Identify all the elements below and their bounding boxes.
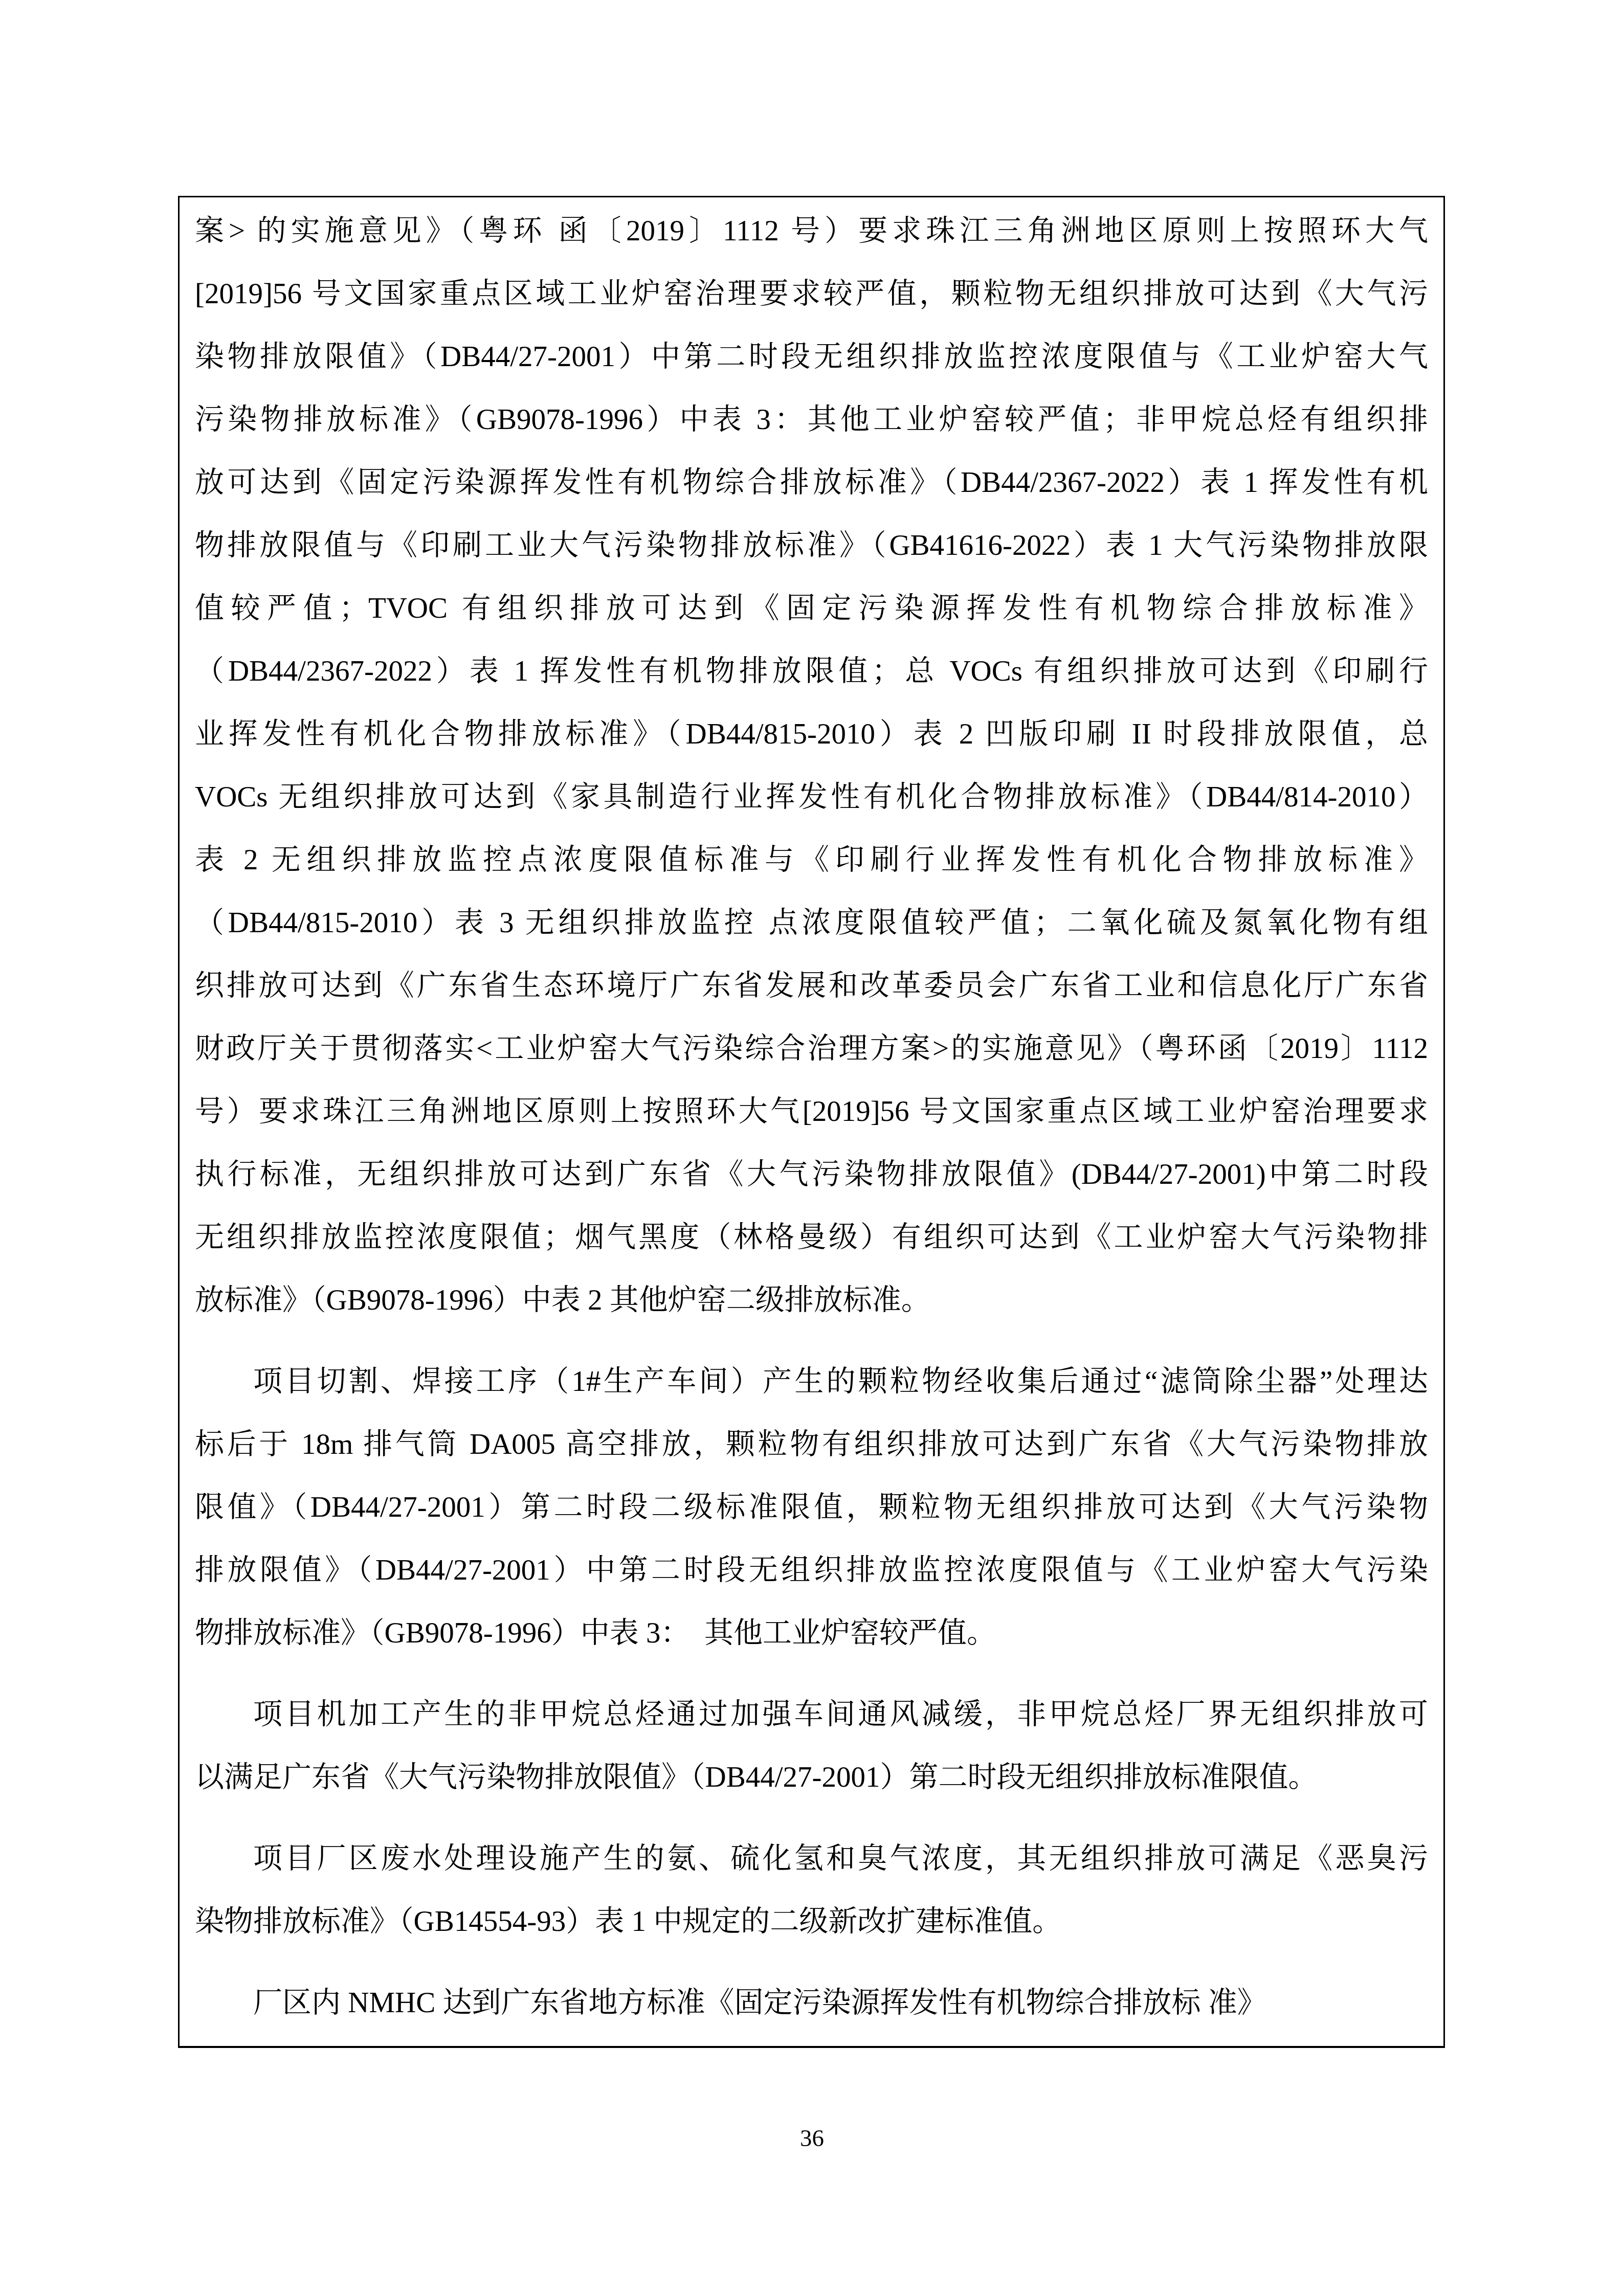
text-line: 污染物排放标准》（GB9078-1996）中表 3：其他工业炉窑较严值；非甲烷总… bbox=[195, 388, 1428, 451]
text-line: [2019]56 号文国家重点区域工业炉窑治理要求较严值，颗粒物无组织排放可达到… bbox=[195, 262, 1428, 325]
text-line: 值较严值；TVOC 有组织排放可达到《固定污染源挥发性有机物综合排放标准》 bbox=[195, 577, 1428, 640]
body-text: 案> 的实施意见》（粤环 函〔2019〕1112 号）要求珠江三角洲地区原则上按… bbox=[195, 199, 1428, 2034]
text-line: 染物排放限值》（DB44/27-2001）中第二时段无组织排放监控浓度限值与《工… bbox=[195, 325, 1428, 388]
text-line: 项目切割、焊接工序（1#生产车间）产生的颗粒物经收集后通过“滤筒除尘器”处理达 bbox=[195, 1350, 1428, 1413]
paragraph: 项目厂区废水处理设施产生的氨、硫化氢和臭气浓度，其无组织排放可满足《恶臭污染物排… bbox=[195, 1827, 1428, 1953]
text-line: 限值》（DB44/27-2001）第二时段二级标准限值，颗粒物无组织排放可达到《… bbox=[195, 1476, 1428, 1539]
paragraph: 项目切割、焊接工序（1#生产车间）产生的颗粒物经收集后通过“滤筒除尘器”处理达标… bbox=[195, 1350, 1428, 1664]
paragraph: 案> 的实施意见》（粤环 函〔2019〕1112 号）要求珠江三角洲地区原则上按… bbox=[195, 199, 1428, 1332]
text-line: 号）要求珠江三角洲地区原则上按照环大气[2019]56 号文国家重点区域工业炉窑… bbox=[195, 1080, 1428, 1143]
text-line: 财政厅关于贯彻落实<工业炉窑大气污染综合治理方案>的实施意见》（粤环函〔2019… bbox=[195, 1017, 1428, 1080]
text-line: 排放限值》（DB44/27-2001）中第二时段无组织排放监控浓度限值与《工业炉… bbox=[195, 1539, 1428, 1602]
text-line: （DB44/2367-2022）表 1 挥发性有机物排放限值；总 VOCs 有组… bbox=[195, 640, 1428, 703]
paragraph: 项目机加工产生的非甲烷总烃通过加强车间通风减缓，非甲烷总烃厂界无组织排放可以满足… bbox=[195, 1683, 1428, 1809]
text-line: 无组织排放监控浓度限值；烟气黑度（林格曼级）有组织可达到《工业炉窑大气污染物排 bbox=[195, 1206, 1428, 1269]
text-line: 物排放标准》（GB9078-1996）中表 3： 其他工业炉窑较严值。 bbox=[195, 1602, 1428, 1664]
text-line: 业挥发性有机化合物排放标准》（DB44/815-2010）表 2 凹版印刷 II… bbox=[195, 703, 1428, 766]
text-line: 放标准》（GB9078-1996）中表 2 其他炉窑二级排放标准。 bbox=[195, 1269, 1428, 1332]
text-line: 染物排放标准》（GB14554-93）表 1 中规定的二级新改扩建标准值。 bbox=[195, 1890, 1428, 1953]
text-line: VOCs 无组织排放可达到《家具制造行业挥发性有机化合物排放标准》（DB44/8… bbox=[195, 766, 1428, 828]
text-line: 织排放可达到《广东省生态环境厅广东省发展和改革委员会广东省工业和信息化厅广东省 bbox=[195, 954, 1428, 1017]
page-number: 36 bbox=[0, 2123, 1624, 2154]
text-line: 项目机加工产生的非甲烷总烃通过加强车间通风减缓，非甲烷总烃厂界无组织排放可 bbox=[195, 1683, 1428, 1746]
document-page: 案> 的实施意见》（粤环 函〔2019〕1112 号）要求珠江三角洲地区原则上按… bbox=[0, 0, 1624, 2296]
text-line: （DB44/815-2010）表 3 无组织排放监控 点浓度限值较严值；二氧化硫… bbox=[195, 891, 1428, 954]
text-line: 执行标准，无组织排放可达到广东省《大气污染物排放限值》(DB44/27-2001… bbox=[195, 1143, 1428, 1206]
text-line: 以满足广东省《大气污染物排放限值》（DB44/27-2001）第二时段无组织排放… bbox=[195, 1746, 1428, 1809]
text-line: 标后于 18m 排气筒 DA005 高空排放，颗粒物有组织排放可达到广东省《大气… bbox=[195, 1413, 1428, 1476]
text-line: 表 2 无组织排放监控点浓度限值标准与《印刷行业挥发性有机化合物排放标准》 bbox=[195, 828, 1428, 891]
text-line: 项目厂区废水处理设施产生的氨、硫化氢和臭气浓度，其无组织排放可满足《恶臭污 bbox=[195, 1827, 1428, 1890]
text-line: 案> 的实施意见》（粤环 函〔2019〕1112 号）要求珠江三角洲地区原则上按… bbox=[195, 199, 1428, 262]
document-table-cell: 案> 的实施意见》（粤环 函〔2019〕1112 号）要求珠江三角洲地区原则上按… bbox=[178, 196, 1445, 2048]
text-line: 放可达到《固定污染源挥发性有机物综合排放标准》（DB44/2367-2022）表… bbox=[195, 451, 1428, 514]
text-line: 物排放限值与《印刷工业大气污染物排放标准》（GB41616-2022）表 1 大… bbox=[195, 514, 1428, 577]
text-line: 厂区内 NMHC 达到广东省地方标准《固定污染源挥发性有机物综合排放标 准》 bbox=[195, 1971, 1428, 2034]
paragraph: 厂区内 NMHC 达到广东省地方标准《固定污染源挥发性有机物综合排放标 准》 bbox=[195, 1971, 1428, 2034]
